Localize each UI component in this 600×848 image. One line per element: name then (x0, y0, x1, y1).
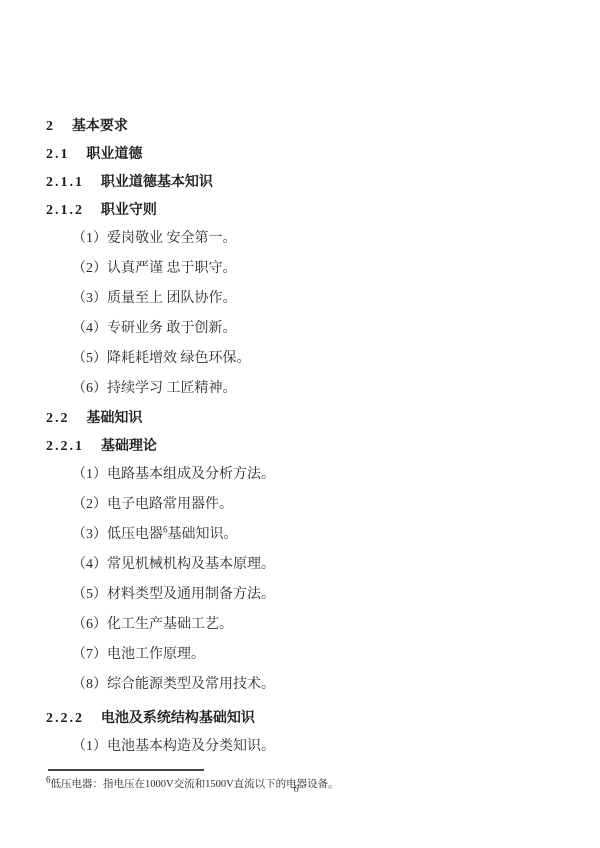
list-item: （2）电子电路常用器件。 (46, 490, 556, 520)
item-text: （3）低压电器 (72, 527, 163, 542)
section-title: 电池及系统结构基础知识 (101, 709, 255, 725)
list-item: （6）化工生产基础工艺。 (46, 610, 556, 640)
section-heading-basic-knowledge: 2.2 基础知识 (46, 404, 556, 432)
list-item: （8）综合能源类型及常用技术。 (46, 670, 556, 700)
section-number: 2.2 (46, 411, 70, 426)
list-item-with-footnote-ref: （3）低压电器6基础知识。 (46, 520, 556, 550)
section-heading-basic-requirements: 2 基本要求 (46, 112, 556, 140)
list-item: （1）电路基本组成及分析方法。 (46, 460, 556, 490)
footnote-divider (48, 769, 204, 771)
list-item: （5）材料类型及通用制备方法。 (46, 580, 556, 610)
section-title: 职业道德基本知识 (101, 173, 213, 189)
list-item: （7）电池工作原理。 (46, 640, 556, 670)
section-title: 职业守则 (101, 201, 157, 217)
list-item: （5）降耗耗增效 绿色环保。 (46, 344, 556, 374)
list-item: （4）专研业务 敢于创新。 (46, 314, 556, 344)
section-heading-professional-ethics: 2.1 职业道德 (46, 140, 556, 168)
section-heading-ethics-basic-knowledge: 2.1.1 职业道德基本知识 (46, 168, 556, 196)
section-number: 2.2.1 (46, 439, 84, 454)
section-title: 基础理论 (101, 437, 157, 453)
list-item: （6）持续学习 工匠精神。 (46, 374, 556, 404)
section-heading-basic-theory: 2.2.1 基础理论 (46, 432, 556, 460)
section-number: 2.1.2 (46, 203, 84, 218)
list-item: （2）认真严谨 忠于职守。 (46, 254, 556, 284)
section-heading-professional-rules: 2.1.2 职业守则 (46, 196, 556, 224)
list-item: （4）常见机械机构及基本原理。 (46, 550, 556, 580)
section-number: 2.2.2 (46, 711, 84, 726)
section-title: 职业道德 (86, 145, 142, 161)
page-number: 6 (0, 784, 592, 795)
section-number: 2.1.1 (46, 175, 84, 190)
item-text: 基础知识。 (168, 527, 238, 542)
section-title: 基本要求 (72, 117, 128, 133)
battery-structure-section: 2.2.2 电池及系统结构基础知识 （1）电池基本构造及分类知识。 (46, 704, 556, 762)
list-item: （1）爱岗敬业 安全第一。 (46, 224, 556, 254)
section-heading-battery-structure: 2.2.2 电池及系统结构基础知识 (46, 704, 556, 732)
list-item: （3）质量至上 团队协作。 (46, 284, 556, 314)
document-page: 2 基本要求 2.1 职业道德 2.1.1 职业道德基本知识 2.1.2 职业守… (0, 0, 600, 848)
section-title: 基础知识 (86, 409, 142, 425)
section-number: 2.1 (46, 147, 70, 162)
list-item: （1）电池基本构造及分类知识。 (46, 732, 556, 762)
section-number: 2 (46, 119, 55, 134)
page-content: 2 基本要求 2.1 职业道德 2.1.1 职业道德基本知识 2.1.2 职业守… (46, 112, 556, 793)
